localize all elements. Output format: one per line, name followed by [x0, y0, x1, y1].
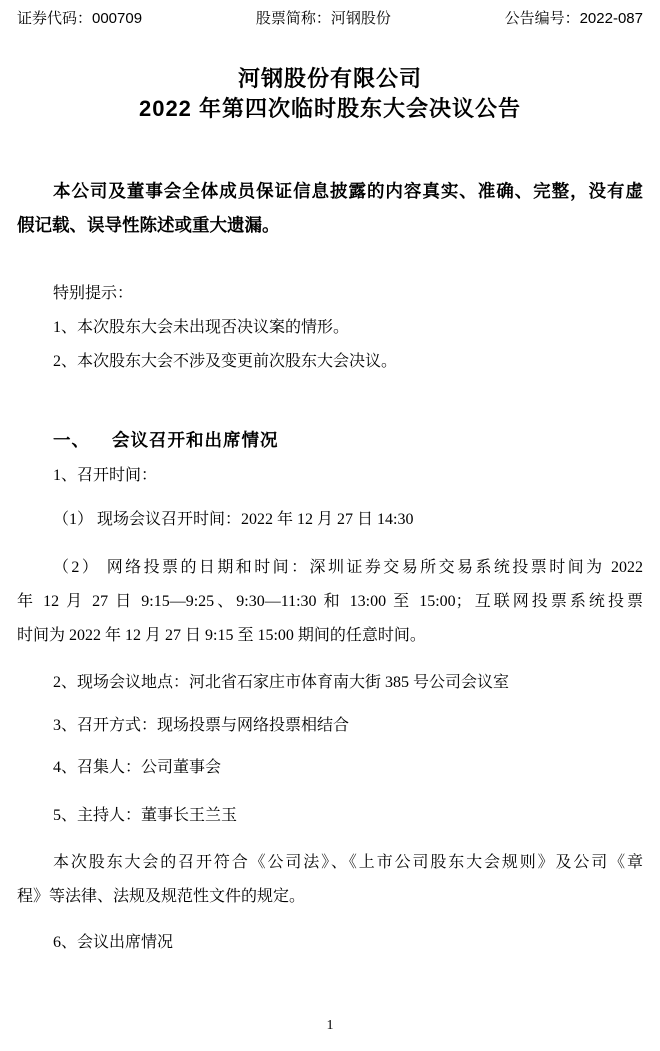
item-convening-method: 3、召开方式：现场投票与网络投票相结合 [17, 709, 643, 743]
stock-short-name: 股票简称：河钢股份 [256, 9, 391, 29]
special-notice-label: 特别提示： [17, 277, 643, 311]
compliance-paragraph: 本次股东大会的召开符合《公司法》、《上市公司股东大会规则》及公司《章 程》等法律… [17, 846, 643, 914]
announcement-number: 公告编号：2022-087 [505, 9, 643, 29]
paragraph-line: 年 12 月 27 日 9:15—9:25、9:30—11:30 和 13:00… [17, 585, 643, 619]
special-notice-item: 1、本次股东大会未出现否决议案的情形。 [17, 311, 643, 345]
section-1-heading: 一、会议召开和出席情况 [17, 423, 643, 457]
paragraph-line: （2） 网络投票的日期和时间：深圳证券交易所交易系统投票时间为 2022 [17, 551, 643, 585]
section-number: 一、 [53, 430, 90, 450]
paragraph-line: 本次股东大会的召开符合《公司法》、《上市公司股东大会规则》及公司《章 [17, 846, 643, 880]
statement-line: 假记载、误导性陈述或重大遗漏。 [17, 208, 643, 242]
paragraph-line: 程》等法律、法规及规范性文件的规定。 [17, 880, 643, 914]
announcement-page: 证券代码：000709 股票简称：河钢股份 公告编号：2022-087 河钢股份… [0, 0, 660, 1051]
stock-code: 证券代码：000709 [17, 9, 142, 29]
statement-line: 本公司及董事会全体成员保证信息披露的内容真实、准确、完整，没有虚 [17, 174, 643, 208]
paragraph-line: 时间为 2022 年 12 月 27 日 9:15 至 15:00 期间的任意时… [17, 619, 643, 653]
special-notice-item: 2、本次股东大会不涉及变更前次股东大会决议。 [17, 345, 643, 379]
document-header: 证券代码：000709 股票简称：河钢股份 公告编号：2022-087 [0, 0, 660, 29]
company-name-title: 河钢股份有限公司 [0, 64, 660, 94]
section-title: 会议召开和出席情况 [112, 430, 279, 450]
meeting-resolution-title: 2022 年第四次临时股东大会决议公告 [0, 94, 660, 124]
document-title: 河钢股份有限公司 2022 年第四次临时股东大会决议公告 [0, 64, 660, 124]
item-convening-time: 1、召开时间： [17, 459, 643, 493]
item-attendance: 6、会议出席情况 [17, 926, 643, 960]
page-number: 1 [0, 1016, 660, 1036]
item-onsite-meeting-time: （1） 现场会议召开时间：2022 年 12 月 27 日 14:30 [17, 503, 643, 537]
item-convener: 4、召集人：公司董事会 [17, 751, 643, 785]
item-meeting-place: 2、现场会议地点：河北省石家庄市体育南大街 385 号公司会议室 [17, 666, 643, 700]
item-network-voting-time: （2） 网络投票的日期和时间：深圳证券交易所交易系统投票时间为 2022 年 1… [17, 551, 643, 653]
board-guarantee-statement: 本公司及董事会全体成员保证信息披露的内容真实、准确、完整，没有虚 假记载、误导性… [17, 174, 643, 242]
item-host: 5、主持人：董事长王兰玉 [17, 799, 643, 833]
